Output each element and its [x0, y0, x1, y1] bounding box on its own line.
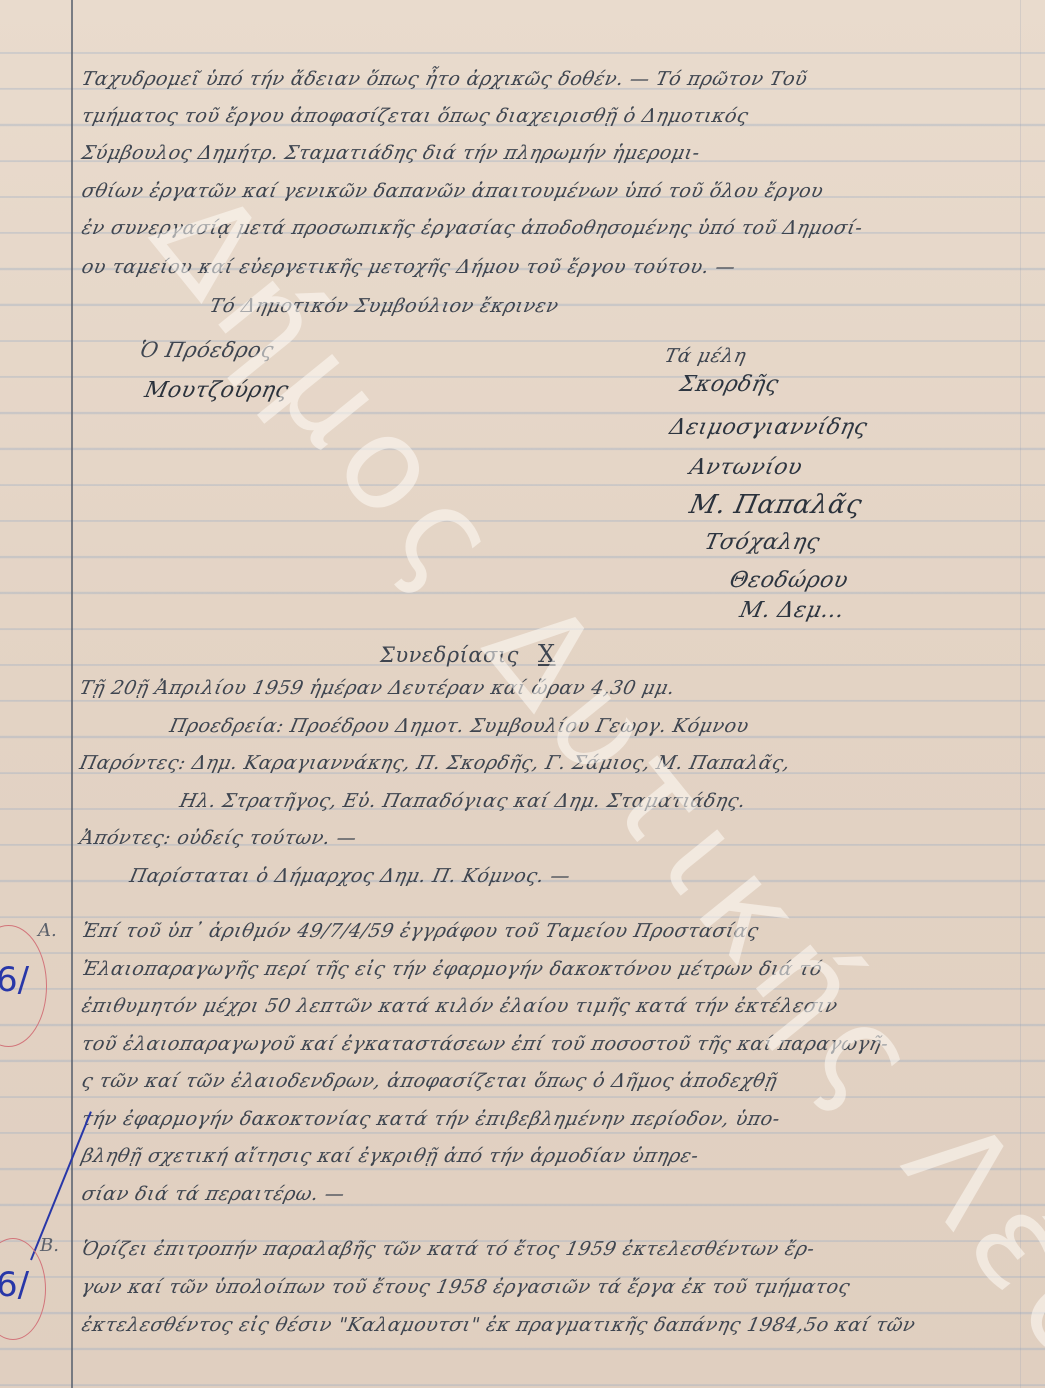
text-line: ἐκτελεσθέντος εἰς θέσιν "Καλαμουτσι" ἐκ … — [80, 1314, 918, 1336]
right-ruled-edge — [1020, 0, 1021, 1388]
text-line: Σύμβουλος Δημήτρ. Σταματιάδης διά τήν πλ… — [80, 142, 702, 164]
margin-line — [71, 0, 73, 1388]
session-absent: Ἀπόντες: οὐδείς τούτων. — — [78, 827, 359, 849]
text-line: Ὁρίζει ἐπιτροπήν παραλαβῆς τῶν κατά τό ἔ… — [80, 1238, 817, 1260]
closing-line: Τό Δημοτικόν Συμβούλιον ἔκρινεν — [208, 295, 561, 317]
text-line: Ἐλαιοπαραγωγῆς περί τῆς εἰς τήν ἐφαρμογή… — [80, 958, 825, 980]
text-line: γων καί τῶν ὑπολοίπων τοῦ ἔτους 1958 ἐργ… — [80, 1276, 853, 1298]
session-date: Τῇ 20ῇ Ἀπριλίου 1959 ἡμέραν Δευτέραν καί… — [78, 677, 677, 699]
text-line: ἐν συνεργασίᾳ μετά προσωπικῆς ἐργασίας ἀ… — [80, 217, 865, 239]
text-line: τμήματος τοῦ ἔργου ἀποφασίζεται ὅπως δια… — [80, 105, 751, 127]
member-signature: Μ. Παπαλᾶς — [687, 490, 865, 520]
session-present: Παρόντες: Δημ. Καραγιαννάκης, Π. Σκορδῆς… — [78, 752, 793, 774]
margin-check-mark: 6/ — [0, 960, 29, 1000]
text-line: βληθῇ σχετική αἴτησις καί ἐγκριθῇ ἀπό τή… — [80, 1145, 701, 1167]
session-presidency: Προεδρεία: Προέδρου Δημοτ. Συμβουλίου Γε… — [168, 715, 751, 737]
scanned-page: Ταχυδρομεῖ ὑπό τήν ἄδειαν ὅπως ἦτο ἀρχικ… — [0, 0, 1045, 1388]
member-signature: Τσόχαλης — [702, 530, 822, 555]
member-signature: Αντωνίου — [687, 455, 804, 480]
margin-check-mark: 6/ — [0, 1265, 29, 1305]
session-attending: Παρίσταται ὁ Δήμαρχος Δημ. Π. Κόμνος. — — [128, 865, 573, 887]
text-line: ου ταμείου καί εὐεργετικῆς μετοχῆς Δήμου… — [80, 256, 738, 278]
members-label: Τά μέλη — [663, 345, 749, 367]
session-title: Συνεδρίασις X — [380, 640, 556, 668]
member-signature: Μ. Δεμ... — [737, 598, 846, 623]
text-line: σίαν διά τά περαιτέρω. — — [80, 1183, 347, 1205]
item-b-label: Β. — [40, 1235, 59, 1256]
text-line: σθίων ἐργατῶν καί γενικῶν δαπανῶν ἀπαιτο… — [80, 180, 826, 202]
text-line: τήν ἐφαρμογήν δακοκτονίας κατά τήν ἐπιβε… — [80, 1108, 782, 1130]
session-present-cont: Ηλ. Στρατῆγος, Εὐ. Παπαδόγιας καί Δημ. Σ… — [178, 790, 748, 812]
president-label: Ὁ Πρόεδρος — [137, 338, 276, 362]
text-line: ς τῶν καί τῶν ἐλαιοδενδρων, ἀποφασίζεται… — [80, 1070, 780, 1092]
text-line: Ἐπί τοῦ ὑπ᾿ ἀριθμόν 49/7/4/59 ἐγγράφου τ… — [80, 920, 761, 942]
item-a-label: Α. — [38, 920, 57, 941]
president-signature: Μουτζούρης — [142, 378, 291, 403]
member-signature: Θεοδώρου — [727, 568, 850, 593]
member-signature: Δειμοσγιαννίδης — [667, 415, 869, 440]
text-line: τοῦ ἐλαιοπαραγωγοῦ καί ἐγκαταστάσεων ἐπί… — [80, 1033, 891, 1055]
text-line: ἐπιθυμητόν μέχρι 50 λεπτῶν κατά κιλόν ἐλ… — [80, 995, 840, 1017]
session-number: X — [538, 640, 556, 668]
member-signature: Σκορδῆς — [677, 372, 781, 397]
text-line: Ταχυδρομεῖ ὑπό τήν ἄδειαν ὅπως ἦτο ἀρχικ… — [80, 68, 810, 90]
